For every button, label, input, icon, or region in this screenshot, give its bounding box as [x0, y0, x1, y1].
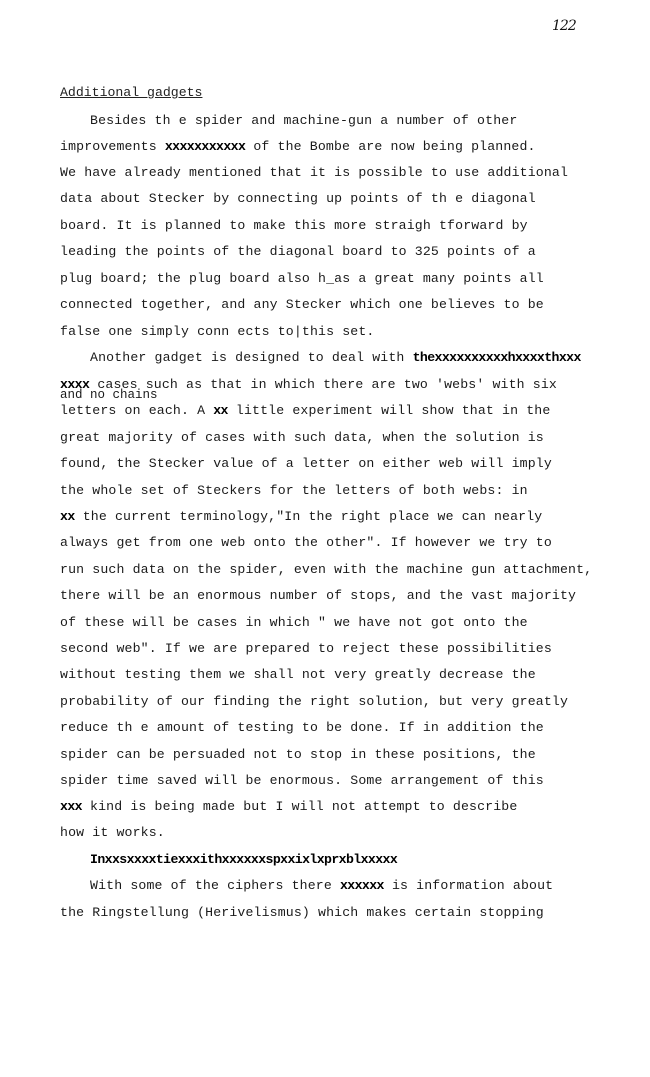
- text-line: great majority of cases with such data, …: [60, 430, 544, 446]
- line-text: improvements: [60, 139, 165, 154]
- text-line: letters on each. A xx little experiment …: [60, 403, 550, 419]
- text-line: found, the Stecker value of a letter on …: [60, 456, 552, 472]
- text-line: plug board; the plug board also h_as a g…: [60, 271, 544, 287]
- text-line: Another gadget is designed to deal with …: [90, 350, 581, 366]
- text-line: connected together, and any Stecker whic…: [60, 297, 544, 313]
- struck-out-text: xxxxxx: [340, 878, 384, 893]
- text-line: With some of the ciphers there xxxxxx is…: [90, 878, 553, 894]
- text-line: run such data on the spider, even with t…: [60, 562, 592, 578]
- text-line: the Ringstellung (Herivelismus) which ma…: [60, 905, 544, 921]
- struck-out-text: Inxxsxxxxtiexxxithxxxxxxspxxixlxprxblxxx…: [90, 852, 397, 867]
- text-line: the whole set of Steckers for the letter…: [60, 483, 528, 499]
- text-line: leading the points of the diagonal board…: [60, 244, 536, 260]
- line-text: of the Bombe are now being planned.: [245, 139, 535, 154]
- struck-out-text: xx: [60, 509, 75, 524]
- line-text: little experiment will show that in the: [228, 403, 551, 418]
- struck-out-text: thexxxxxxxxxxhxxxxthxxx: [413, 350, 581, 365]
- text-line: probability of our finding the right sol…: [60, 694, 568, 710]
- line-text: is information about: [384, 878, 553, 893]
- line-text: With some of the ciphers there: [90, 878, 340, 893]
- text-line: reduce th e amount of testing to be done…: [60, 720, 544, 736]
- document-page: 122 Additional gadgets and no chains Bes…: [0, 0, 650, 1077]
- text-line: improvements xxxxxxxxxxx of the Bombe ar…: [60, 139, 536, 155]
- text-line: of these will be cases in which " we hav…: [60, 615, 528, 631]
- text-line: without testing them we shall not very g…: [60, 667, 536, 683]
- line-text: kind is being made but I will not attemp…: [82, 799, 517, 814]
- line-text: the current terminology,"In the right pl…: [75, 509, 543, 524]
- struck-out-text: xxxx: [60, 377, 89, 392]
- line-text: Another gadget is designed to deal with: [90, 350, 413, 365]
- text-line: Inxxsxxxxtiexxxithxxxxxxspxxixlxprxblxxx…: [90, 852, 397, 868]
- text-line: there will be an enormous number of stop…: [60, 588, 576, 604]
- text-line: how it works.: [60, 825, 165, 841]
- line-text: cases such as that in which there are tw…: [89, 377, 557, 392]
- text-line: Besides th e spider and machine-gun a nu…: [90, 113, 517, 129]
- text-line: spider time saved will be enormous. Some…: [60, 773, 544, 789]
- text-line: xxxx cases such as that in which there a…: [60, 377, 557, 393]
- section-heading: Additional gadgets: [60, 85, 202, 100]
- text-line: xxx kind is being made but I will not at…: [60, 799, 517, 815]
- text-line: We have already mentioned that it is pos…: [60, 165, 568, 181]
- text-line: spider can be persuaded not to stop in t…: [60, 747, 536, 763]
- line-text: letters on each. A: [60, 403, 213, 418]
- text-line: board. It is planned to make this more s…: [60, 218, 528, 234]
- struck-out-text: xx: [213, 403, 228, 418]
- struck-out-text: xxxxxxxxxxx: [165, 139, 245, 154]
- struck-out-text: xxx: [60, 799, 82, 814]
- text-line: always get from one web onto the other".…: [60, 535, 552, 551]
- text-line: second web". If we are prepared to rejec…: [60, 641, 552, 657]
- text-line: data about Stecker by connecting up poin…: [60, 191, 536, 207]
- text-line: xx the current terminology,"In the right…: [60, 509, 542, 525]
- page-number: 122: [552, 18, 576, 34]
- text-line: false one simply conn ects to|this set.: [60, 324, 375, 340]
